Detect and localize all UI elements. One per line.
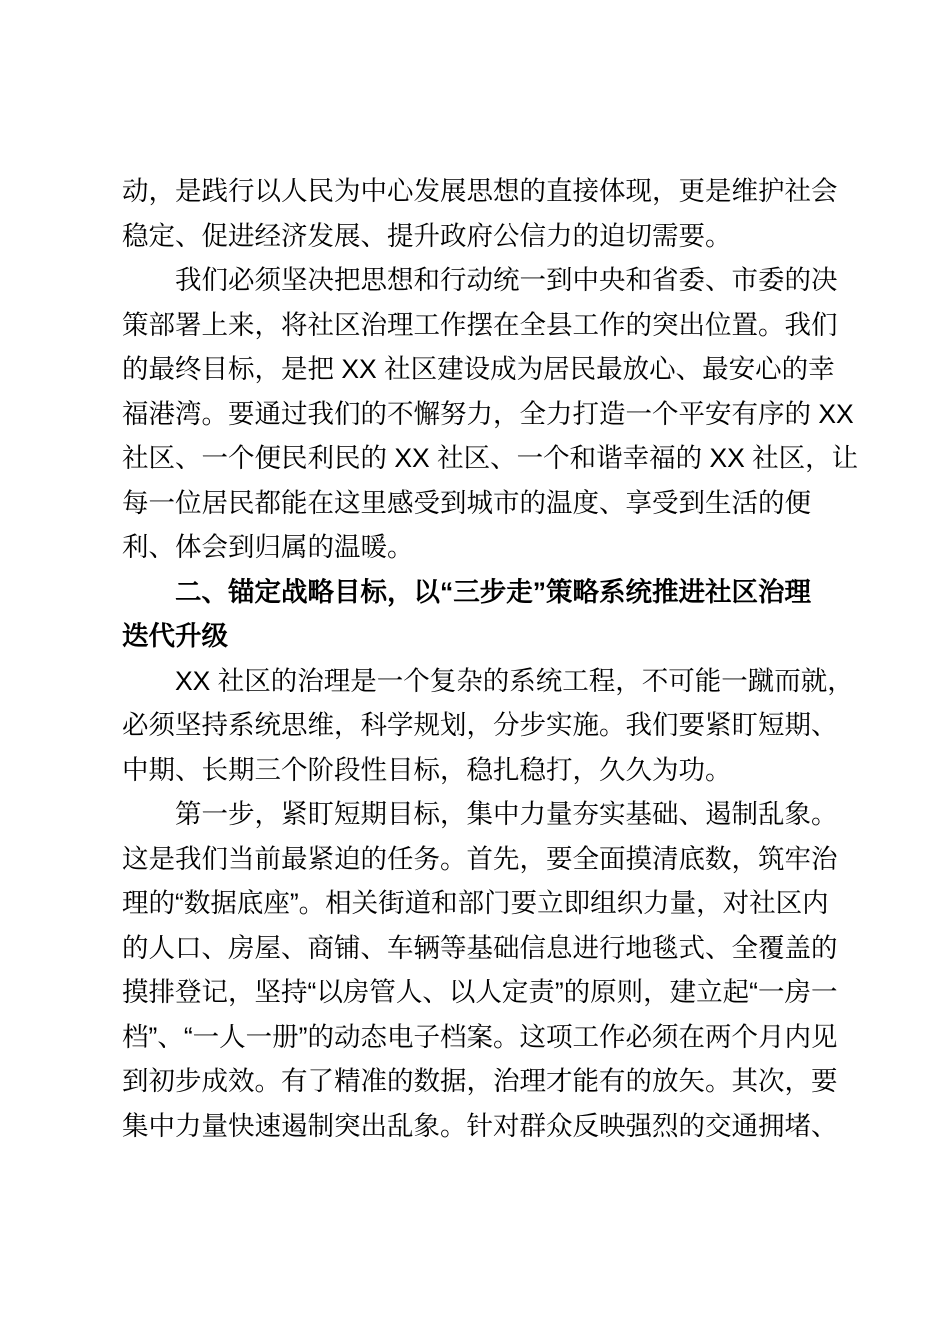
text-line: 稳定、促进经济发展、提升政府公信力的迫切需要。 [122, 214, 838, 259]
text-line: 福港湾。要通过我们的不懈努力，全力打造一个平安有序的 XX [122, 392, 838, 437]
text-line: 理的“数据底座”。相关街道和部门要立即组织力量，对社区内 [122, 881, 838, 926]
text-line: 每一位居民都能在这里感受到城市的温度、享受到生活的便 [122, 481, 838, 526]
text-line: 我们必须坚决把思想和行动统一到中央和省委、市委的决 [122, 258, 838, 303]
text-line: 社区、一个便民利民的 XX 社区、一个和谐幸福的 XX 社区，让 [122, 436, 838, 481]
section-heading-line: 二、锚定战略目标，以“三步走”策略系统推进社区治理 [122, 570, 838, 615]
text-line: 档”、“一人一册”的动态电子档案。这项工作必须在两个月内见 [122, 1015, 838, 1060]
text-line: 集中力量快速遏制突出乱象。针对群众反映强烈的交通拥堵、 [122, 1104, 838, 1149]
text-line: 动，是践行以人民为中心发展思想的直接体现，更是维护社会 [122, 169, 838, 214]
section-heading-line: 迭代升级 [122, 614, 838, 659]
text-line: 策部署上来，将社区治理工作摆在全县工作的突出位置。我们 [122, 303, 838, 348]
document-text-block: 动，是践行以人民为中心发展思想的直接体现，更是维护社会 稳定、促进经济发展、提升… [122, 169, 838, 1148]
text-line: 必须坚持系统思维，科学规划，分步实施。我们要紧盯短期、 [122, 703, 838, 748]
text-line: 的人口、房屋、商铺、车辆等基础信息进行地毯式、全覆盖的 [122, 926, 838, 971]
text-line: 摸排登记，坚持“以房管人、以人定责”的原则，建立起“一房一 [122, 970, 838, 1015]
text-line: 的最终目标，是把 XX 社区建设成为居民最放心、最安心的幸 [122, 347, 838, 392]
text-line: XX 社区的治理是一个复杂的系统工程，不可能一蹴而就， [122, 659, 838, 704]
text-line: 利、体会到归属的温暖。 [122, 525, 838, 570]
text-line: 到初步成效。有了精准的数据，治理才能有的放矢。其次，要 [122, 1059, 838, 1104]
text-line: 第一步，紧盯短期目标，集中力量夯实基础、遏制乱象。 [122, 792, 838, 837]
text-line: 这是我们当前最紧迫的任务。首先，要全面摸清底数，筑牢治 [122, 837, 838, 882]
document-page: 动，是践行以人民为中心发展思想的直接体现，更是维护社会 稳定、促进经济发展、提升… [0, 0, 950, 1344]
text-line: 中期、长期三个阶段性目标，稳扎稳打，久久为功。 [122, 748, 838, 793]
